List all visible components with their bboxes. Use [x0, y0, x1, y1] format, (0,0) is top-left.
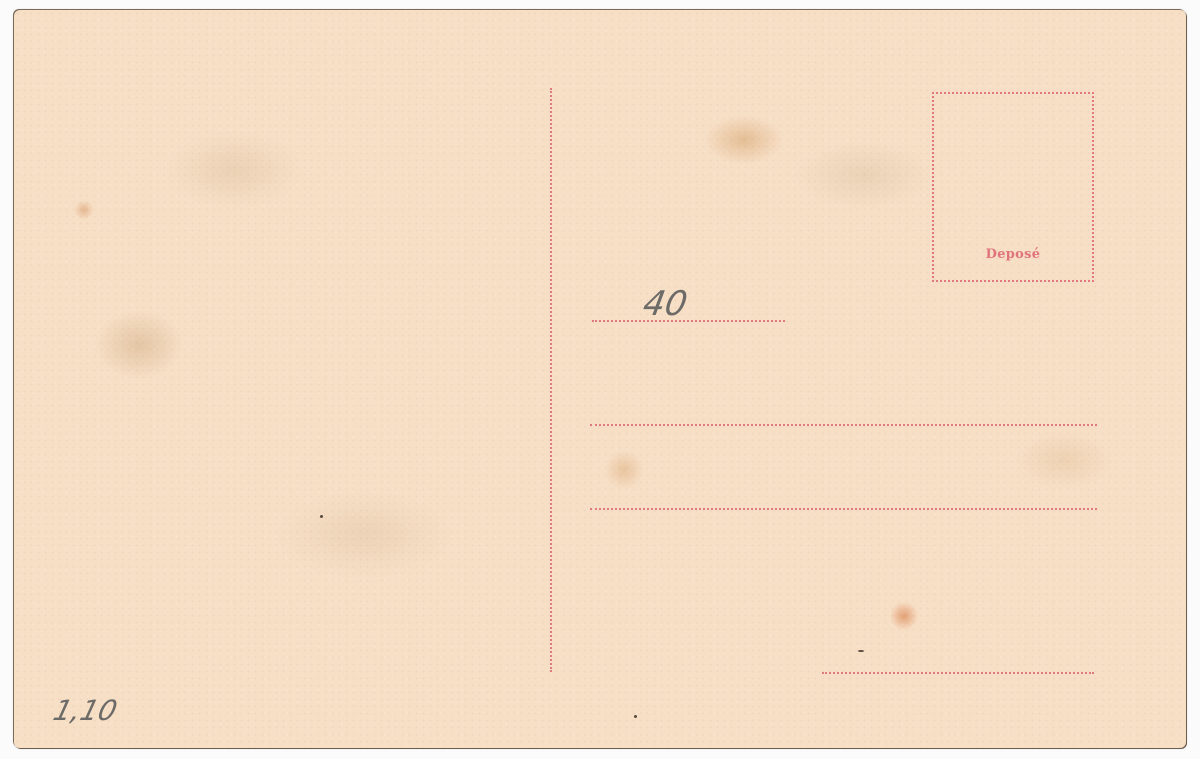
paper-stain — [164, 130, 304, 210]
paper-stain — [794, 140, 934, 210]
paper-speck — [858, 650, 864, 652]
handwritten-catalog-mark: 1,10 — [50, 694, 121, 727]
scan-background: Deposé 40 1,10 — [0, 0, 1200, 759]
address-line-2 — [590, 424, 1097, 426]
paper-stain — [704, 115, 784, 165]
paper-speck — [320, 515, 323, 518]
paper-speck — [634, 715, 637, 718]
paper-stain — [74, 200, 94, 220]
divider-line — [550, 88, 552, 672]
stamp-box-label: Deposé — [934, 247, 1092, 262]
paper-stain — [94, 310, 184, 380]
paper-stain — [1014, 430, 1114, 490]
paper-stain — [889, 602, 919, 630]
address-line-4 — [822, 672, 1094, 674]
paper-stain — [604, 450, 644, 490]
stamp-box: Deposé — [932, 92, 1094, 282]
paper-stain — [274, 490, 454, 580]
postcard-back: Deposé 40 1,10 — [14, 10, 1186, 748]
address-line-3 — [590, 508, 1097, 510]
address-line-1 — [592, 320, 785, 322]
handwritten-price: 40 — [640, 284, 690, 324]
